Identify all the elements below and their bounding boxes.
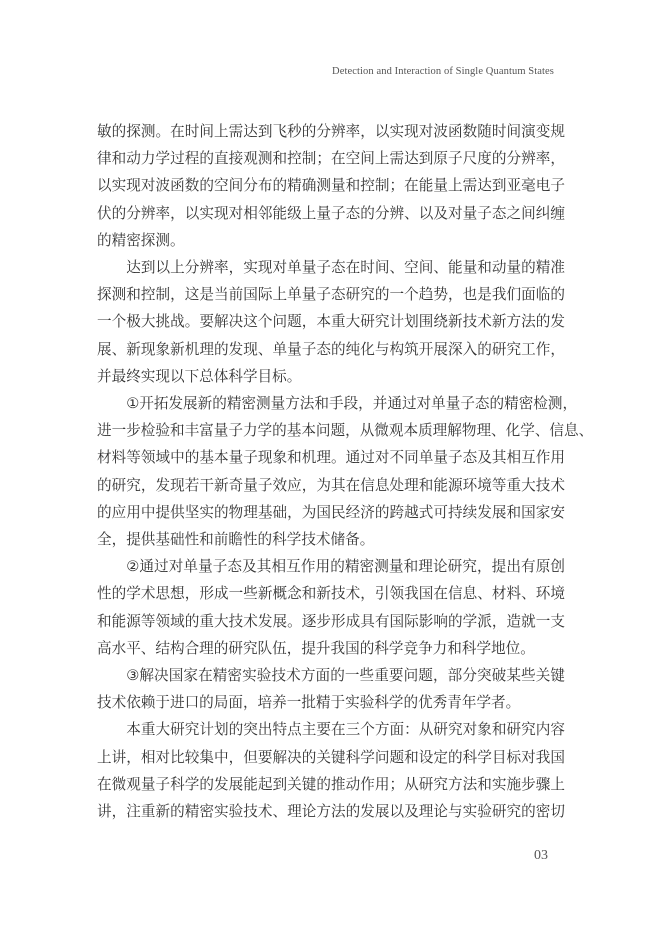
text-line: 探测和控制，这是当前国际上单量子态研究的一个趋势，也是我们面临的 xyxy=(97,281,565,308)
text-line: 高水平、结构合理的研究队伍，提升我国的科学竞争力和科学地位。 xyxy=(97,635,565,662)
text-line: 展、新现象新机理的发现、单量子态的纯化与构筑开展深入的研究工作， xyxy=(97,336,565,363)
text-line: 全，提供基础性和前瞻性的科学技术储备。 xyxy=(97,526,565,553)
text-line: 进一步检验和丰富量子力学的基本问题，从微观本质理解物理、化学、信息、 xyxy=(97,417,565,444)
text-line: 在微观量子科学的发展能起到关键的推动作用；从研究方法和实施步骤上 xyxy=(97,771,565,798)
paragraph-goal-1: ①开拓发展新的精密测量方法和手段，并通过对单量子态的精密检测， 进一步检验和丰富… xyxy=(97,390,565,553)
paragraph-goal-2: ②通过对单量子态及其相互作用的精密测量和理论研究，提出有原创 性的学术思想，形成… xyxy=(97,553,565,662)
paragraph-2: 达到以上分辨率，实现对单量子态在时间、空间、能量和动量的精准 探测和控制，这是当… xyxy=(97,254,565,390)
text-line: 一个极大挑战。要解决这个问题，本重大研究计划围绕新技术新方法的发 xyxy=(97,308,565,335)
text-line: 敏的探测。在时间上需达到飞秒的分辨率，以实现对波函数随时间演变规 xyxy=(97,118,565,145)
text-line: 伏的分辨率，以实现对相邻能级上量子态的分辨、以及对量子态之间纠缠 xyxy=(97,200,565,227)
text-line: 的研究，发现若干新奇量子效应，为其在信息处理和能源环境等重大技术 xyxy=(97,472,565,499)
text-line: 材料等领域中的基本量子现象和机理。通过对不同单量子态及其相互作用 xyxy=(97,444,565,471)
paragraph-goal-3: ③解决国家在精密实验技术方面的一些重要问题，部分突破某些关键 技术依赖于进口的局… xyxy=(97,662,565,716)
text-line: 和能源等领域的重大技术发展。逐步形成具有国际影响的学派，造就一支 xyxy=(97,608,565,635)
text-line: 上讲，相对比较集中，但要解决的关键科学问题和设定的科学目标对我国 xyxy=(97,744,565,771)
paragraph-features: 本重大研究计划的突出特点主要在三个方面：从研究对象和研究内容 上讲，相对比较集中… xyxy=(97,716,565,825)
text-line: 性的学术思想，形成一些新概念和新技术，引领我国在信息、材料、环境 xyxy=(97,580,565,607)
text-line: 以实现对波函数的空间分布的精确测量和控制；在能量上需达到亚毫电子 xyxy=(97,172,565,199)
running-head: Detection and Interaction of Single Quan… xyxy=(332,66,554,77)
paragraph-1: 敏的探测。在时间上需达到飞秒的分辨率，以实现对波函数随时间演变规 律和动力学过程… xyxy=(97,118,565,254)
text-line: 讲，注重新的精密实验技术、理论方法的发展以及理论与实验研究的密切 xyxy=(97,798,565,825)
text-line: 技术依赖于进口的局面，培养一批精于实验科学的优秀青年学者。 xyxy=(97,689,565,716)
text-line: 并最终实现以下总体科学目标。 xyxy=(97,363,565,390)
text-line: 的应用中提供坚实的物理基础，为国民经济的跨越式可持续发展和国家安 xyxy=(97,499,565,526)
body-text: 敏的探测。在时间上需达到飞秒的分辨率，以实现对波函数随时间演变规 律和动力学过程… xyxy=(97,118,565,825)
text-line: ①开拓发展新的精密测量方法和手段，并通过对单量子态的精密检测， xyxy=(97,390,565,417)
text-line: 的精密探测。 xyxy=(97,227,565,254)
text-line: ②通过对单量子态及其相互作用的精密测量和理论研究，提出有原创 xyxy=(97,553,565,580)
text-line: 律和动力学过程的直接观测和控制；在空间上需达到原子尺度的分辨率， xyxy=(97,145,565,172)
text-line: 本重大研究计划的突出特点主要在三个方面：从研究对象和研究内容 xyxy=(97,716,565,743)
page-number: 03 xyxy=(534,848,548,864)
text-line: 达到以上分辨率，实现对单量子态在时间、空间、能量和动量的精准 xyxy=(97,254,565,281)
text-line: ③解决国家在精密实验技术方面的一些重要问题，部分突破某些关键 xyxy=(97,662,565,689)
